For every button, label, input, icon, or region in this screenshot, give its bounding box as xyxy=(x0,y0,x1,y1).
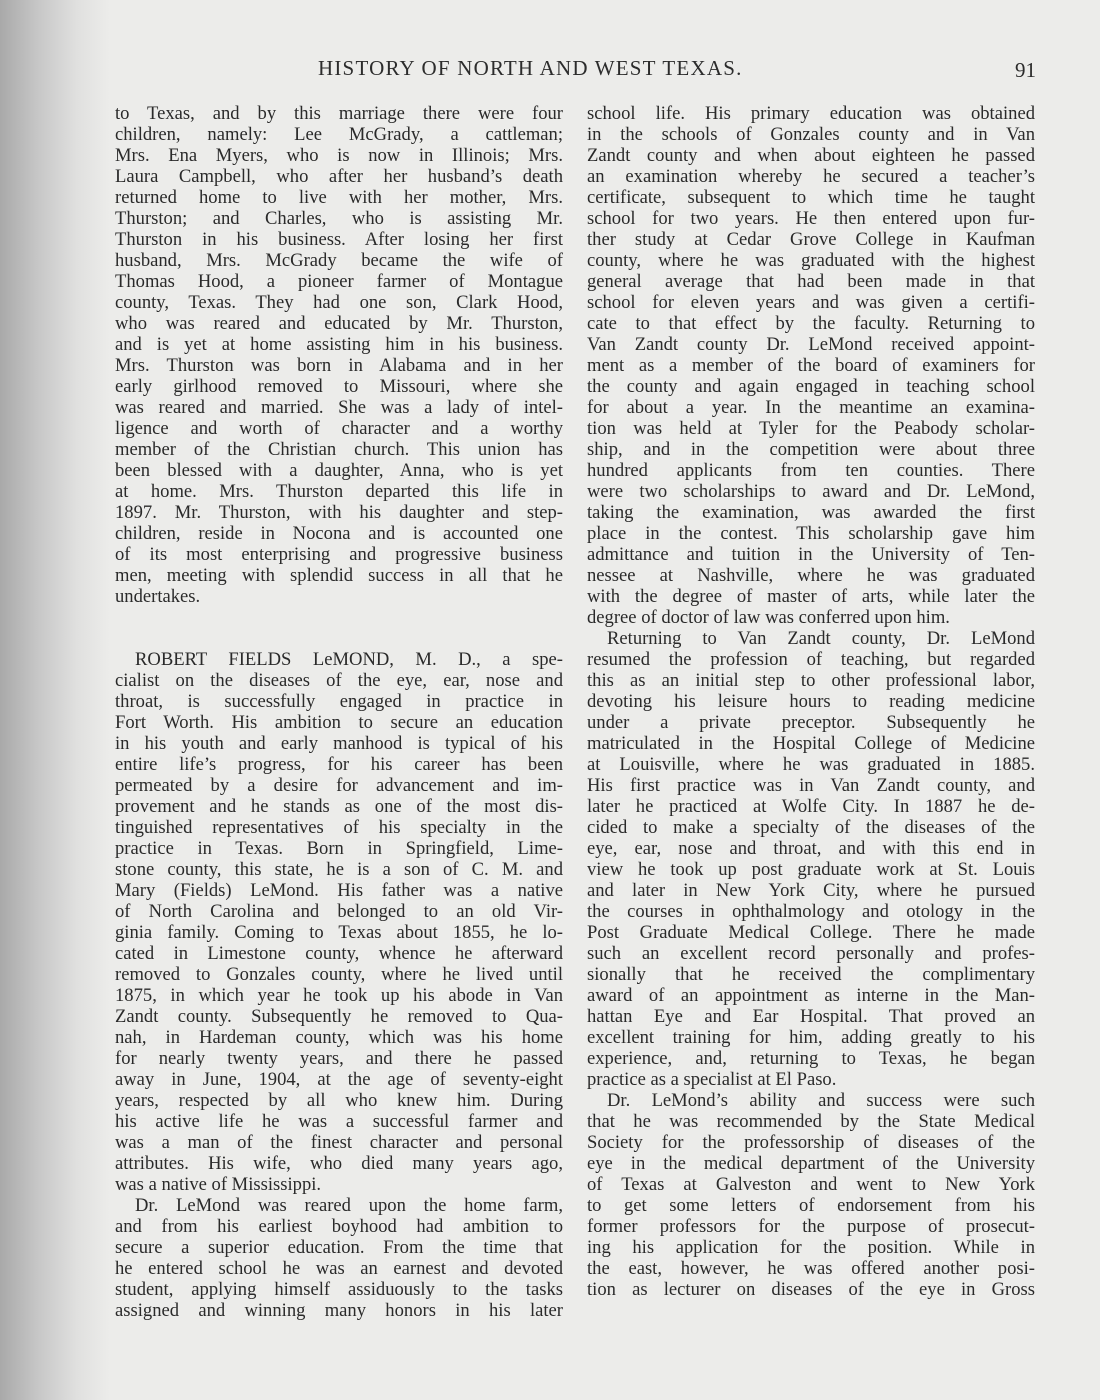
text-line: award of an appointment as interne in th… xyxy=(587,985,1035,1006)
text-line: Laura Campbell, who after her husband’s … xyxy=(115,166,563,187)
text-line: attributes. His wife, who died many year… xyxy=(115,1153,563,1174)
text-line: for nearly twenty years, and there he pa… xyxy=(115,1048,563,1069)
text-line: the county and again engaged in teaching… xyxy=(587,376,1035,397)
text-line: hundred applicants from ten counties. Th… xyxy=(587,460,1035,481)
text-line: his active life he was a successful farm… xyxy=(115,1111,563,1132)
text-line: to get some letters of endorsement from … xyxy=(587,1195,1035,1216)
text-line: tion as lecturer on diseases of the eye … xyxy=(587,1279,1035,1300)
text-line: children, namely: Lee McGrady, a cattlem… xyxy=(115,124,563,145)
text-line: ROBERT FIELDS LeMOND, M. D., a spe- xyxy=(115,649,563,670)
text-line: His first practice was in Van Zandt coun… xyxy=(587,775,1035,796)
text-line: and is yet at home assisting him in his … xyxy=(115,334,563,355)
text-line: and from his earliest boyhood had ambiti… xyxy=(115,1216,563,1237)
text-line: school life. His primary education was o… xyxy=(587,103,1035,124)
text-line: eye, ear, nose and throat, and with this… xyxy=(587,838,1035,859)
text-line: provement and he stands as one of the mo… xyxy=(115,796,563,817)
text-line: Mrs. Thurston was born in Alabama and in… xyxy=(115,355,563,376)
text-line: tinguished representatives of his specia… xyxy=(115,817,563,838)
text-line: Zandt county. Subsequently he removed to… xyxy=(115,1006,563,1027)
text-line: was a native of Mississippi. xyxy=(115,1174,563,1195)
text-line: early girlhood removed to Missouri, wher… xyxy=(115,376,563,397)
text-line: degree of doctor of law was conferred up… xyxy=(587,607,1035,628)
text-line: of North Carolina and belonged to an old… xyxy=(115,901,563,922)
text-line: Van Zandt county Dr. LeMond received app… xyxy=(587,334,1035,355)
text-line: children, reside in Nocona and is accoun… xyxy=(115,523,563,544)
text-line: cialist on the diseases of the eye, ear,… xyxy=(115,670,563,691)
text-line: at home. Mrs. Thurston departed this lif… xyxy=(115,481,563,502)
text-line: and later in New York City, where he pur… xyxy=(587,880,1035,901)
text-line: matriculated in the Hospital College of … xyxy=(587,733,1035,754)
text-line: school for eleven years and was given a … xyxy=(587,292,1035,313)
section-gap xyxy=(115,607,563,649)
text-line: entire life’s progress, for his career h… xyxy=(115,754,563,775)
text-line: eye in the medical department of the Uni… xyxy=(587,1153,1035,1174)
text-line: secure a superior education. From the ti… xyxy=(115,1237,563,1258)
text-line: excellent training for him, adding great… xyxy=(587,1027,1035,1048)
paragraph-lemond-professorship: Dr. LeMond’s ability and success were su… xyxy=(587,1090,1035,1300)
text-line: such an excellent record personally and … xyxy=(587,943,1035,964)
text-line: student, applying himself assiduously to… xyxy=(115,1279,563,1300)
page-gutter-shadow xyxy=(0,0,110,1400)
text-line: permeated by a desire for advancement an… xyxy=(115,775,563,796)
text-line: nah, in Hardeman county, which was his h… xyxy=(115,1027,563,1048)
text-line: practice as a specialist at El Paso. xyxy=(587,1069,1035,1090)
page-number: 91 xyxy=(1015,58,1036,83)
text-line: he entered school he was an earnest and … xyxy=(115,1258,563,1279)
text-line: an examination whereby he secured a teac… xyxy=(587,166,1035,187)
text-line: ship, and in the competition were about … xyxy=(587,439,1035,460)
text-line: hattan Eye and Ear Hospital. That proved… xyxy=(587,1006,1035,1027)
text-line: in the schools of Gonzales county and in… xyxy=(587,124,1035,145)
text-line: Dr. LeMond’s ability and success were su… xyxy=(587,1090,1035,1111)
text-line: county, where he was graduated with the … xyxy=(587,250,1035,271)
text-line: of Texas at Galveston and went to New Yo… xyxy=(587,1174,1035,1195)
text-line: ment as a member of the board of examine… xyxy=(587,355,1035,376)
text-line: tion was held at Tyler for the Peabody s… xyxy=(587,418,1035,439)
text-line: Mrs. Ena Myers, who is now in Illinois; … xyxy=(115,145,563,166)
text-line: later he practiced at Wolfe City. In 188… xyxy=(587,796,1035,817)
text-line: certificate, subsequent to which time he… xyxy=(587,187,1035,208)
text-line: removed to Gonzales county, where he liv… xyxy=(115,964,563,985)
text-line: the courses in ophthalmology and otology… xyxy=(587,901,1035,922)
text-line: 1897. Mr. Thurston, with his daughter an… xyxy=(115,502,563,523)
text-line: to Texas, and by this marriage there wer… xyxy=(115,103,563,124)
text-line: ligence and worth of character and a wor… xyxy=(115,418,563,439)
text-line: admittance and tuition in the University… xyxy=(587,544,1035,565)
text-line: in his youth and early manhood is typica… xyxy=(115,733,563,754)
text-line: was reared and married. She was a lady o… xyxy=(115,397,563,418)
text-line: devoting his leisure hours to reading me… xyxy=(587,691,1035,712)
text-line: Zandt county and when about eighteen he … xyxy=(587,145,1035,166)
text-line: husband, Mrs. McGrady became the wife of xyxy=(115,250,563,271)
text-line: school for two years. He then entered up… xyxy=(587,208,1035,229)
text-line: practice in Texas. Born in Springfield, … xyxy=(115,838,563,859)
paragraph-lemond-medicine: Returning to Van Zandt county, Dr. LeMon… xyxy=(587,628,1035,1090)
left-column: to Texas, and by this marriage there wer… xyxy=(115,103,563,1321)
text-line: throat, is successfully engaged in pract… xyxy=(115,691,563,712)
text-line: this as an initial step to other profess… xyxy=(587,670,1035,691)
paragraph-lemond-education: school life. His primary education was o… xyxy=(587,103,1035,628)
text-line: view he took up post graduate work at St… xyxy=(587,859,1035,880)
running-head-title: HISTORY OF NORTH AND WEST TEXAS. xyxy=(318,56,743,81)
text-line: away in June, 1904, at the age of sevent… xyxy=(115,1069,563,1090)
text-line: Thomas Hood, a pioneer farmer of Montagu… xyxy=(115,271,563,292)
text-line: place in the contest. This scholarship g… xyxy=(587,523,1035,544)
paragraph-thurston-family: to Texas, and by this marriage there wer… xyxy=(115,103,563,607)
text-line: Returning to Van Zandt county, Dr. LeMon… xyxy=(587,628,1035,649)
text-line: with the degree of master of arts, while… xyxy=(587,586,1035,607)
text-line: for about a year. In the meantime an exa… xyxy=(587,397,1035,418)
paragraph-lemond-intro: ROBERT FIELDS LeMOND, M. D., a spe-ciali… xyxy=(115,649,563,1195)
text-line: the east, however, he was offered anothe… xyxy=(587,1258,1035,1279)
text-line: ther study at Cedar Grove College in Kau… xyxy=(587,229,1035,250)
text-line: been blessed with a daughter, Anna, who … xyxy=(115,460,563,481)
text-line: was a man of the finest character and pe… xyxy=(115,1132,563,1153)
text-line: stone county, this state, he is a son of… xyxy=(115,859,563,880)
text-line: ginia family. Coming to Texas about 1855… xyxy=(115,922,563,943)
text-line: men, meeting with splendid success in al… xyxy=(115,565,563,586)
text-line: cated in Limestone county, whence he aft… xyxy=(115,943,563,964)
text-line: taking the examination, was awarded the … xyxy=(587,502,1035,523)
text-line: 1875, in which year he took up his abode… xyxy=(115,985,563,1006)
text-line: nessee at Nashville, where he was gradua… xyxy=(587,565,1035,586)
text-line: resumed the profession of teaching, but … xyxy=(587,649,1035,670)
text-line: at Louisville, where he was graduated in… xyxy=(587,754,1035,775)
text-line: Dr. LeMond was reared upon the home farm… xyxy=(115,1195,563,1216)
text-line: years, respected by all who knew him. Du… xyxy=(115,1090,563,1111)
text-line: cided to make a specialty of the disease… xyxy=(587,817,1035,838)
text-line: experience, and, returning to Texas, he … xyxy=(587,1048,1035,1069)
text-line: Society for the professorship of disease… xyxy=(587,1132,1035,1153)
text-line: Thurston; and Charles, who is assisting … xyxy=(115,208,563,229)
paragraph-lemond-youth: Dr. LeMond was reared upon the home farm… xyxy=(115,1195,563,1321)
text-line: cate to that effect by the faculty. Retu… xyxy=(587,313,1035,334)
text-line: were two scholarships to award and Dr. L… xyxy=(587,481,1035,502)
text-line: under a private preceptor. Subsequently … xyxy=(587,712,1035,733)
text-line: undertakes. xyxy=(115,586,563,607)
text-line: Mary (Fields) LeMond. His father was a n… xyxy=(115,880,563,901)
text-line: former professors for the purpose of pro… xyxy=(587,1216,1035,1237)
text-line: Thurston in his business. After losing h… xyxy=(115,229,563,250)
text-line: assigned and winning many honors in his … xyxy=(115,1300,563,1321)
text-line: that he was recommended by the State Med… xyxy=(587,1111,1035,1132)
text-line: of its most enterprising and progressive… xyxy=(115,544,563,565)
text-line: returned home to live with her mother, M… xyxy=(115,187,563,208)
text-line: Post Graduate Medical College. There he … xyxy=(587,922,1035,943)
text-line: ing his application for the position. Wh… xyxy=(587,1237,1035,1258)
right-column: school life. His primary education was o… xyxy=(587,103,1035,1300)
text-line: sionally that he received the compliment… xyxy=(587,964,1035,985)
text-line: who was reared and educated by Mr. Thurs… xyxy=(115,313,563,334)
text-line: county, Texas. They had one son, Clark H… xyxy=(115,292,563,313)
text-line: general average that had been made in th… xyxy=(587,271,1035,292)
text-line: member of the Christian church. This uni… xyxy=(115,439,563,460)
text-line: Fort Worth. His ambition to secure an ed… xyxy=(115,712,563,733)
